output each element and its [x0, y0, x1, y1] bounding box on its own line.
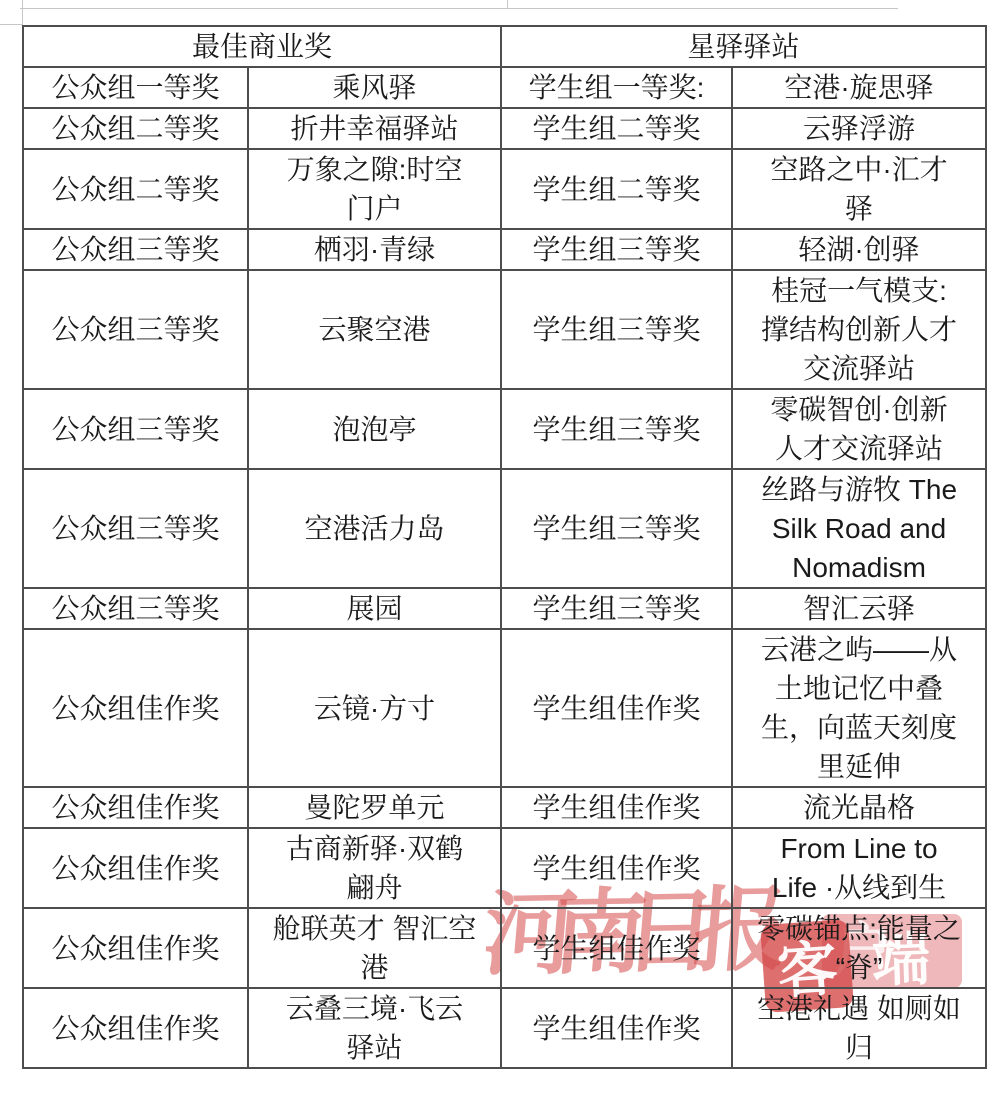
table-row: 公众组二等奖折井幸福驿站学生组二等奖云驿浮游 [23, 108, 986, 149]
award-category-cell: 公众组佳作奖 [23, 787, 248, 828]
table-row: 公众组三等奖云聚空港学生组三等奖桂冠一气模支: 撑结构创新人才 交流驿站 [23, 270, 986, 389]
award-name-cell: 桂冠一气模支: 撑结构创新人才 交流驿站 [732, 270, 986, 389]
award-name-cell: 零碳锚点:能量之 “脊” [732, 908, 986, 988]
awards-table: 最佳商业奖 星驿驿站 公众组一等奖乘风驿学生组一等奖:空港·旋思驿公众组二等奖折… [22, 25, 987, 1069]
award-category-cell: 学生组二等奖 [501, 108, 732, 149]
header-star-station: 星驿驿站 [501, 26, 986, 67]
award-category-cell: 公众组佳作奖 [23, 908, 248, 988]
award-name-cell: 云港之屿——从 土地记忆中叠 生，向蓝天刻度 里延伸 [732, 629, 986, 787]
award-name-cell: 空路之中·汇才 驿 [732, 149, 986, 229]
award-category-cell: 学生组佳作奖 [501, 908, 732, 988]
table-row: 公众组佳作奖古商新驿·双鹤 翩舟学生组佳作奖From Line to Life … [23, 828, 986, 908]
crop-artifact-line [507, 0, 508, 8]
award-category-cell: 公众组二等奖 [23, 108, 248, 149]
award-name-cell: 曼陀罗单元 [248, 787, 501, 828]
award-name-cell: 空港活力岛 [248, 469, 501, 588]
award-category-cell: 学生组一等奖: [501, 67, 732, 108]
crop-artifact-line [20, 8, 898, 9]
table-row: 公众组三等奖泡泡亭学生组三等奖零碳智创·创新 人才交流驿站 [23, 389, 986, 469]
table-row: 公众组三等奖空港活力岛学生组三等奖丝路与游牧 The Silk Road and… [23, 469, 986, 588]
award-category-cell: 学生组二等奖 [501, 149, 732, 229]
table-row: 公众组一等奖乘风驿学生组一等奖:空港·旋思驿 [23, 67, 986, 108]
award-category-cell: 学生组三等奖 [501, 588, 732, 629]
award-name-cell: 泡泡亭 [248, 389, 501, 469]
award-category-cell: 学生组佳作奖 [501, 988, 732, 1068]
award-category-cell: 公众组二等奖 [23, 149, 248, 229]
award-name-cell: 云镜·方寸 [248, 629, 501, 787]
award-name-cell: 零碳智创·创新 人才交流驿站 [732, 389, 986, 469]
award-category-cell: 公众组三等奖 [23, 229, 248, 270]
table-row: 公众组三等奖栖羽·青绿学生组三等奖轻湖·创驿 [23, 229, 986, 270]
award-category-cell: 公众组佳作奖 [23, 988, 248, 1068]
award-category-cell: 学生组佳作奖 [501, 787, 732, 828]
award-name-cell: 乘风驿 [248, 67, 501, 108]
award-category-cell: 公众组一等奖 [23, 67, 248, 108]
award-name-cell: 轻湖·创驿 [732, 229, 986, 270]
award-category-cell: 公众组佳作奖 [23, 629, 248, 787]
award-name-cell: 万象之隙:时空 门户 [248, 149, 501, 229]
award-category-cell: 公众组三等奖 [23, 588, 248, 629]
award-name-cell: 空港·旋思驿 [732, 67, 986, 108]
award-name-cell: 舱联英才 智汇空 港 [248, 908, 501, 988]
award-category-cell: 公众组三等奖 [23, 270, 248, 389]
award-name-cell: 云聚空港 [248, 270, 501, 389]
table-body: 公众组一等奖乘风驿学生组一等奖:空港·旋思驿公众组二等奖折井幸福驿站学生组二等奖… [23, 67, 986, 1068]
award-category-cell: 公众组三等奖 [23, 389, 248, 469]
award-name-cell: 智汇云驿 [732, 588, 986, 629]
award-name-cell: 丝路与游牧 The Silk Road and Nomadism [732, 469, 986, 588]
award-name-cell: 古商新驿·双鹤 翩舟 [248, 828, 501, 908]
award-name-cell: 空港礼遇 如厕如 归 [732, 988, 986, 1068]
award-name-cell: 云叠三境·飞云 驿站 [248, 988, 501, 1068]
award-name-cell: 栖羽·青绿 [248, 229, 501, 270]
award-category-cell: 学生组三等奖 [501, 389, 732, 469]
award-category-cell: 学生组三等奖 [501, 229, 732, 270]
crop-artifact-line [22, 0, 23, 25]
award-category-cell: 公众组三等奖 [23, 469, 248, 588]
header-best-commercial-award: 最佳商业奖 [23, 26, 501, 67]
award-category-cell: 学生组三等奖 [501, 469, 732, 588]
award-name-cell: 折井幸福驿站 [248, 108, 501, 149]
table-row: 公众组佳作奖云叠三境·飞云 驿站学生组佳作奖空港礼遇 如厕如 归 [23, 988, 986, 1068]
table-row: 公众组佳作奖舱联英才 智汇空 港学生组佳作奖零碳锚点:能量之 “脊” [23, 908, 986, 988]
crop-artifact-line [0, 24, 22, 25]
award-category-cell: 公众组佳作奖 [23, 828, 248, 908]
table-row: 公众组佳作奖曼陀罗单元学生组佳作奖流光晶格 [23, 787, 986, 828]
award-name-cell: 流光晶格 [732, 787, 986, 828]
table-row: 公众组佳作奖云镜·方寸学生组佳作奖云港之屿——从 土地记忆中叠 生，向蓝天刻度 … [23, 629, 986, 787]
award-category-cell: 学生组佳作奖 [501, 828, 732, 908]
award-name-cell: 展园 [248, 588, 501, 629]
table-row: 公众组二等奖万象之隙:时空 门户学生组二等奖空路之中·汇才 驿 [23, 149, 986, 229]
award-category-cell: 学生组佳作奖 [501, 629, 732, 787]
table-header-row: 最佳商业奖 星驿驿站 [23, 26, 986, 67]
award-category-cell: 学生组三等奖 [501, 270, 732, 389]
table-row: 公众组三等奖展园学生组三等奖智汇云驿 [23, 588, 986, 629]
award-name-cell: From Line to Life ·从线到生 [732, 828, 986, 908]
award-name-cell: 云驿浮游 [732, 108, 986, 149]
